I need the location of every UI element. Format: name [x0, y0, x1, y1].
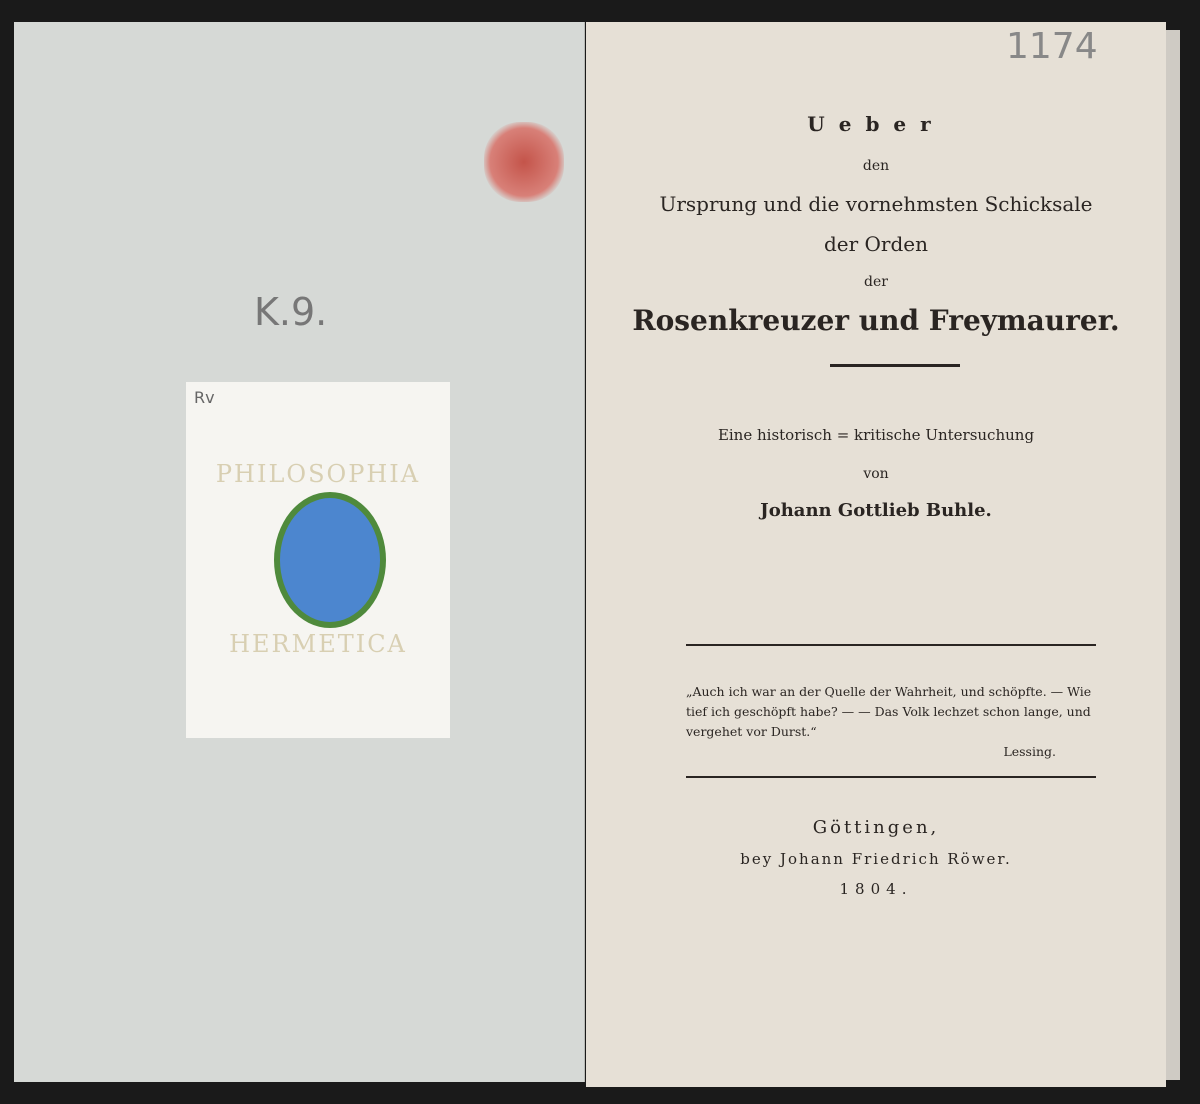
title-line: der [586, 274, 1166, 290]
motto-top: PHILOSOPHIA [186, 460, 450, 488]
pelican-crest-icon [274, 492, 386, 628]
title-line: der Orden [586, 232, 1166, 256]
epigraph-author: Lessing. [686, 742, 1096, 762]
author: Johann Gottlieb Buhle. [586, 500, 1166, 521]
title-line: Ueber [586, 112, 1166, 136]
pencil-mark: K.9. [254, 290, 327, 334]
title-page: 1174 Ueber den Ursprung und die vornehms… [586, 22, 1166, 1087]
by-line: von [586, 466, 1166, 482]
red-stain [484, 122, 564, 202]
epigraph: „Auch ich war an der Quelle der Wahrheit… [686, 682, 1096, 762]
year: 1804. [586, 880, 1166, 898]
bookplate-initials: Rv [194, 388, 215, 407]
divider [686, 644, 1096, 646]
bookplate: Rv PHILOSOPHIA HERMETICA [186, 382, 450, 738]
title-line: Ursprung und die vornehmsten Schicksale [586, 192, 1166, 216]
shelf-number: 1174 [1006, 26, 1098, 67]
subtitle: Eine historisch = kritische Untersuchung [586, 426, 1166, 444]
ornament-rule [830, 364, 960, 367]
publisher: bey Johann Friedrich Röwer. [586, 850, 1166, 868]
divider [686, 776, 1096, 778]
page-edges [1166, 30, 1180, 1080]
motto-bottom: HERMETICA [186, 630, 450, 658]
main-title: Rosenkreuzer und Freymaurer. [586, 304, 1166, 337]
title-line: den [586, 158, 1166, 174]
place: Göttingen, [586, 817, 1166, 838]
